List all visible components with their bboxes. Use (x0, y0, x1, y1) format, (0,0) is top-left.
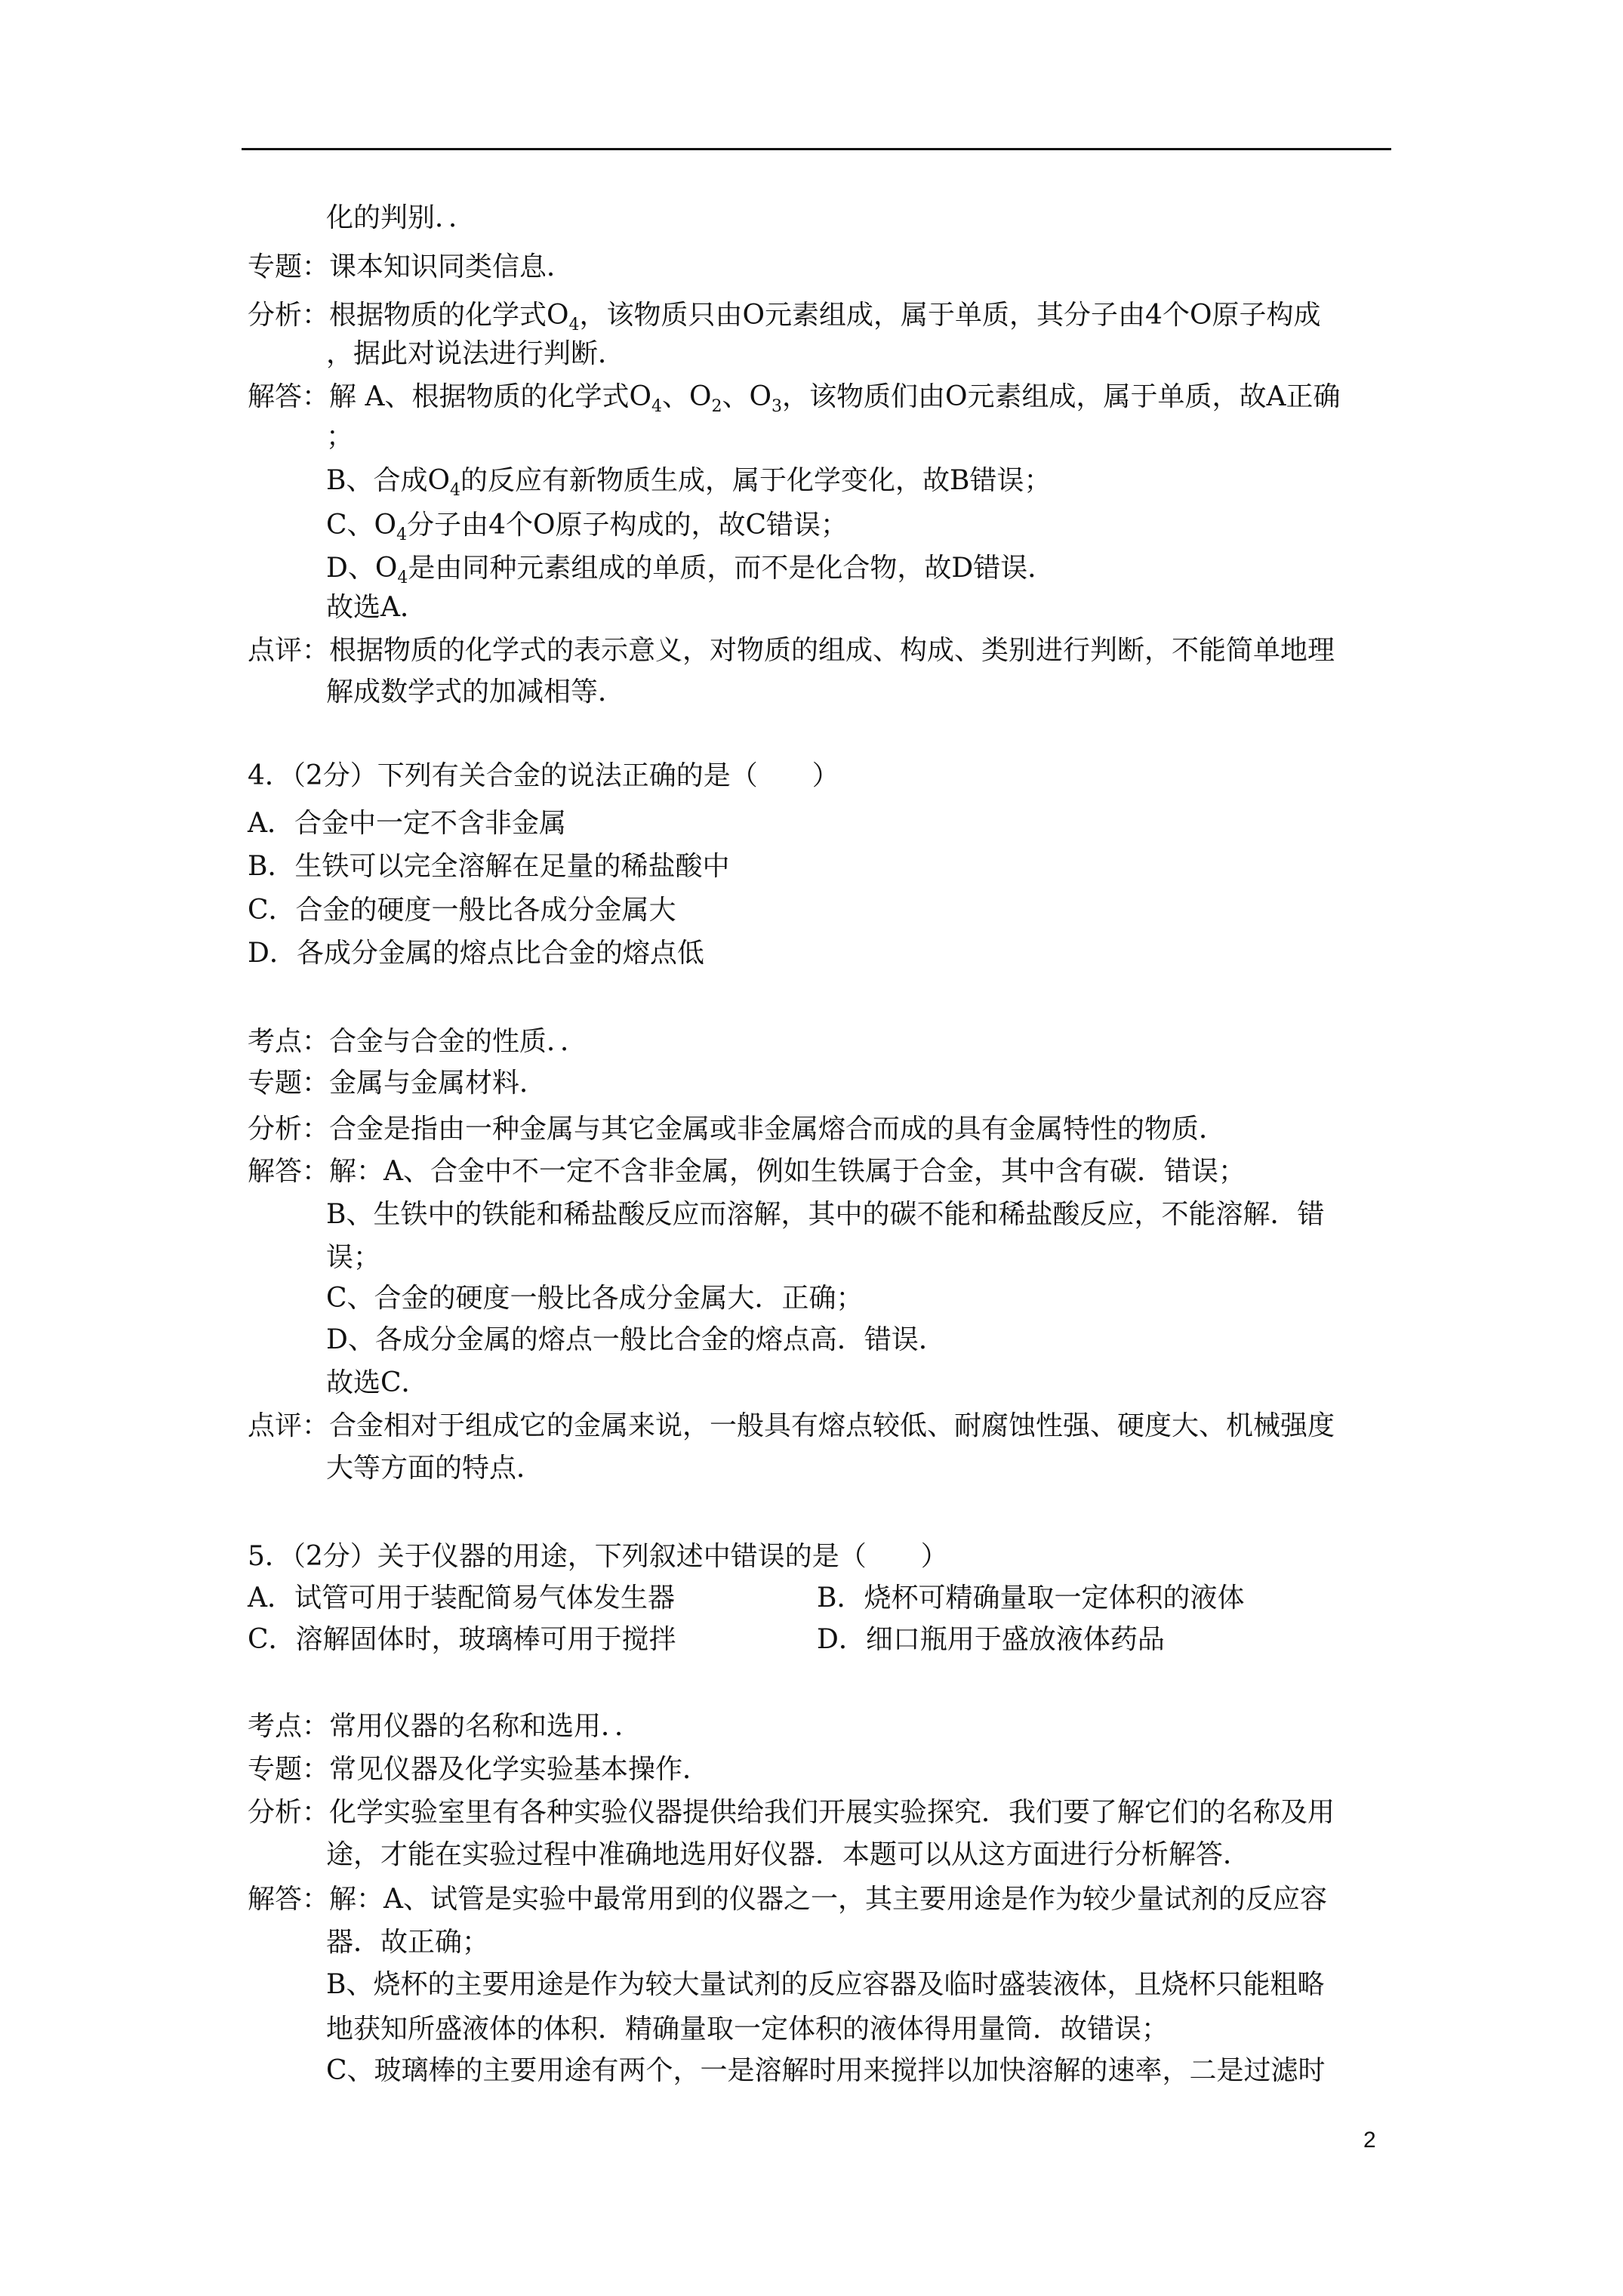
q5-option-d: D．细口瓶用于盛放液体药品 (817, 1623, 1165, 1657)
q3-jieda-d: D、O4是由同种元素组成的单质，而不是化合物，故D错误． (326, 552, 1055, 585)
fenxi-text: 化学实验室里有各种实验仪器提供给我们开展实验探究．我们要了解它们的名称及用 (329, 1797, 1335, 1828)
header-rule (242, 148, 1391, 150)
jieda-label: 解答： (248, 1156, 329, 1187)
jieda-text: 、O (662, 381, 712, 412)
q4-option-b: B．生铁可以完全溶解在足量的稀盐酸中 (248, 850, 729, 883)
q4-jieda-d: D、各成分金属的熔点一般比合金的熔点高．错误． (326, 1324, 946, 1357)
q3-jieda-c: C、O4分子由4个O原子构成的，故C错误； (326, 509, 848, 542)
fenxi-label: 分析： (248, 300, 329, 331)
fenxi-text: 合金是指由一种金属与其它金属或非金属熔合而成的具有金属特性的物质． (329, 1114, 1226, 1145)
q4-dianping-line2: 大等方面的特点． (326, 1452, 544, 1485)
jieda-label: 解答： (248, 381, 329, 412)
q5-option-a: A．试管可用于装配简易气体发生器 (248, 1582, 675, 1615)
q5-kaodian: 考点：常用仪器的名称和选用．． (248, 1710, 642, 1743)
q4-answer: 故选C． (326, 1367, 429, 1400)
q3-dianping: 点评：根据物质的化学式的表示意义，对物质的组成、构成、类别进行判断，不能简单地理 (248, 634, 1335, 667)
q3-fenxi: 分析：根据物质的化学式O4，该物质只由O元素组成，属于单质，其分子由4个O原子构… (248, 299, 1320, 332)
zhuanti-text: 金属与金属材料． (329, 1068, 547, 1099)
dianping-text: 合金相对于组成它的金属来说，一般具有熔点较低、耐腐蚀性强、硬度大、机械强度 (329, 1410, 1335, 1441)
zhuanti-label: 专题： (248, 1754, 329, 1785)
jieda-text: D、O (326, 553, 397, 584)
fenxi-text: 根据物质的化学式O (329, 300, 569, 331)
jieda-label: 解答： (248, 1884, 329, 1915)
q4-kaodian: 考点：合金与合金的性质．． (248, 1025, 587, 1059)
zhuanti-text: 课本知识同类信息． (329, 251, 574, 282)
page-number: 2 (1363, 2128, 1376, 2153)
q4-jieda-b-line2: 误； (326, 1241, 380, 1274)
q3-kaodian-tail: 化的判别．． (326, 202, 476, 235)
q4-jieda-c: C、合金的硬度一般比各成分金属大．正确； (326, 1282, 864, 1315)
zhuanti-label: 专题： (248, 251, 329, 282)
q5-jieda-a-line2: 器．故正确； (326, 1926, 489, 1959)
subscript: 2 (712, 397, 722, 416)
q3-answer: 故选A． (326, 591, 427, 624)
q5-jieda-b-line2: 地获知所盛液体的体积．精确量取一定体积的液体得用量筒．故错误； (326, 2013, 1169, 2046)
q5-option-b: B．烧杯可精确量取一定体积的液体 (817, 1582, 1244, 1615)
jieda-text: 的反应有新物质生成，属于化学变化，故B错误； (460, 465, 1051, 496)
kaodian-text: 合金与合金的性质．． (329, 1026, 587, 1057)
q5-jieda-c: C、玻璃棒的主要用途有两个，一是溶解时用来搅拌以加快溶解的速率，二是过滤时 (326, 2054, 1326, 2088)
zhuanti-label: 专题： (248, 1068, 329, 1099)
subscript: 4 (450, 481, 460, 500)
jieda-text: B、合成O (326, 465, 450, 496)
dianping-label: 点评： (248, 635, 329, 666)
q4-jieda-a: 解答：解：A、合金中不一定不含非金属，例如生铁属于合金，其中含有碳．错误； (248, 1155, 1246, 1188)
subscript: 3 (771, 397, 782, 416)
q5-option-c: C．溶解固体时，玻璃棒可用于搅拌 (248, 1623, 676, 1657)
q3-fenxi-line2: ，据此对说法进行判断． (326, 337, 625, 371)
jieda-text: 解：A、合金中不一定不含非金属，例如生铁属于合金，其中含有碳．错误； (329, 1156, 1246, 1187)
fenxi-text: ，该物质只由O元素组成，属于单质，其分子由4个O原子构成 (580, 300, 1321, 331)
q4-dianping: 点评：合金相对于组成它的金属来说，一般具有熔点较低、耐腐蚀性强、硬度大、机械强度 (248, 1410, 1335, 1443)
dianping-text: 根据物质的化学式的表示意义，对物质的组成、构成、类别进行判断，不能简单地理 (329, 635, 1335, 666)
q4-fenxi: 分析：合金是指由一种金属与其它金属或非金属熔合而成的具有金属特性的物质． (248, 1113, 1226, 1146)
q5-fenxi-line2: 途，才能在实验过程中准确地选用好仪器．本题可以从这方面进行分析解答． (326, 1838, 1250, 1872)
q3-jieda-a: 解答：解 A、根据物质的化学式O4、O2、O3，该物质们由O元素组成，属于单质，… (248, 381, 1341, 414)
q4-jieda-b: B、生铁中的铁能和稀盐酸反应而溶解，其中的碳不能和稀盐酸反应，不能溶解．错 (326, 1198, 1324, 1231)
fenxi-label: 分析： (248, 1797, 329, 1828)
q4-option-a: A．合金中一定不含非金属 (248, 807, 566, 840)
q5-stem: 5．（2分）关于仪器的用途，下列叙述中错误的是（ ） (248, 1540, 948, 1573)
jieda-text: 解：A、试管是实验中最常用到的仪器之一，其主要用途是作为较少量试剂的反应容 (329, 1884, 1327, 1915)
q4-stem: 4．（2分）下列有关合金的说法正确的是（ ） (248, 760, 839, 793)
q5-fenxi: 分析：化学实验室里有各种实验仪器提供给我们开展实验探究．我们要了解它们的名称及用 (248, 1796, 1335, 1829)
q3-jieda-a-tail: ； (326, 421, 353, 454)
jieda-text: ，该物质们由O元素组成，属于单质，故A正确 (782, 381, 1341, 412)
zhuanti-text: 常见仪器及化学实验基本操作． (329, 1754, 710, 1785)
jieda-text: 是由同种元素组成的单质，而不是化合物，故D错误． (408, 553, 1055, 584)
q4-option-d: D．各成分金属的熔点比合金的熔点低 (248, 937, 704, 970)
kaodian-label: 考点： (248, 1711, 329, 1742)
q4-option-c: C．合金的硬度一般比各成分金属大 (248, 894, 676, 927)
jieda-text: C、O (326, 510, 396, 541)
subscript: 4 (569, 316, 580, 334)
jieda-text: 、O (722, 381, 772, 412)
q5-jieda-b: B、烧杯的主要用途是作为较大量试剂的反应容器及临时盛装液体，且烧杯只能粗略 (326, 1968, 1324, 2002)
kaodian-text: 常用仪器的名称和选用．． (329, 1711, 642, 1742)
q3-dianping-line2: 解成数学式的加减相等． (326, 676, 625, 709)
jieda-text: 解 A、根据物质的化学式O (329, 381, 651, 412)
dianping-label: 点评： (248, 1410, 329, 1441)
subscript: 4 (397, 569, 408, 587)
q4-zhuanti: 专题：金属与金属材料． (248, 1067, 547, 1100)
subscript: 4 (396, 525, 407, 544)
kaodian-label: 考点： (248, 1026, 329, 1057)
q3-jieda-b: B、合成O4的反应有新物质生成，属于化学变化，故B错误； (326, 464, 1051, 498)
fenxi-label: 分析： (248, 1114, 329, 1145)
q5-jieda-a: 解答：解：A、试管是实验中最常用到的仪器之一，其主要用途是作为较少量试剂的反应容 (248, 1883, 1327, 1916)
subscript: 4 (651, 397, 662, 416)
jieda-text: 分子由4个O原子构成的，故C错误； (407, 510, 848, 541)
q3-zhuanti: 专题：课本知识同类信息． (248, 251, 574, 284)
q5-zhuanti: 专题：常见仪器及化学实验基本操作． (248, 1753, 710, 1786)
